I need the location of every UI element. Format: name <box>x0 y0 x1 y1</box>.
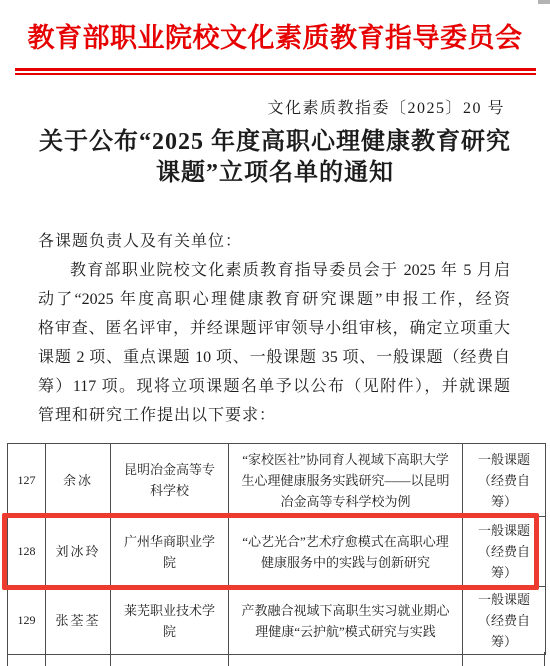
table-row-highlighted: 128 刘冰玲 广州华商职业学院 “心艺光合”艺术疗愈模式在高职心理健康服务中的… <box>8 517 546 587</box>
body-line: 课题 2 项、重点课题 10 项、一般课题 35 项、一般课题（经费自 <box>38 343 510 372</box>
row-number-cell: 129 <box>8 587 46 655</box>
project-cell: “家校医社”协同育人视域下高职大学生心理健康服务实践研究——以昆明冶金高等专科学… <box>229 444 463 517</box>
table-column-stub <box>228 652 229 666</box>
document-number: 文化素质教指委〔2025〕20 号 <box>267 95 505 118</box>
leader-cell: 余冰 <box>46 444 111 517</box>
institution-cell: 广州华商职业学院 <box>111 517 229 587</box>
notice-title-line-1: 关于公布“2025 年度高职心理健康教育研究 <box>0 127 550 158</box>
table-row: 129 张荃荃 莱芜职业技术学院 产教融合视域下高职生实习就业期心理健康“云护航… <box>8 587 546 655</box>
category-cell: 一般课题（经费自筹） <box>463 587 546 655</box>
salutation: 各课题负责人及有关单位： <box>38 227 510 256</box>
letterhead-org-title: 教育部职业院校文化素质教育指导委员会 <box>0 16 550 55</box>
category-cell: 一般课题（经费自筹） <box>463 517 546 587</box>
notice-title: 关于公布“2025 年度高职心理健康教育研究 课题”立项名单的通知 <box>0 127 550 189</box>
notice-body: 各课题负责人及有关单位： 教育部职业院校文化素质教育指导委员会于 2025 年 … <box>38 227 510 430</box>
leader-cell: 刘冰玲 <box>46 517 111 587</box>
row-number-cell: 128 <box>8 517 46 587</box>
institution-cell: 莱芜职业技术学院 <box>111 587 229 655</box>
table-row: 127 余冰 昆明冶金高等专科学校 “家校医社”协同育人视域下高职大学生心理健康… <box>8 444 546 517</box>
scrollbar-fragment <box>538 0 550 4</box>
institution-cell: 昆明冶金高等专科学校 <box>111 444 229 517</box>
project-cell: “心艺光合”艺术疗愈模式在高职心理健康服务中的实践与创新研究 <box>229 517 463 587</box>
table-column-stub <box>7 652 8 666</box>
body-line: 动了“2025 年度高职心理健康教育研究课题”申报工作，经资 <box>38 285 510 314</box>
body-line: 教育部职业院校文化素质教育指导委员会于 2025 年 5 月启 <box>38 256 510 285</box>
table-column-stub <box>45 652 46 666</box>
project-list-table: 127 余冰 昆明冶金高等专科学校 “家校医社”协同育人视域下高职大学生心理健康… <box>7 443 546 655</box>
body-line: 筹）117 项。现将立项课题名单予以公布（见附件），并就课题 <box>38 372 510 401</box>
body-line: 管理和研究工作提出以下要求： <box>38 401 510 430</box>
table-column-stub <box>462 652 463 666</box>
table-column-stub <box>110 652 111 666</box>
document-page: 教育部职业院校文化素质教育指导委员会 文化素质教指委〔2025〕20 号 关于公… <box>0 0 550 666</box>
project-cell: 产教融合视域下高职生实习就业期心理健康“云护航”模式研究与实践 <box>229 587 463 655</box>
table-column-stub <box>544 652 545 666</box>
letterhead-divider <box>15 68 536 75</box>
leader-cell: 张荃荃 <box>46 587 111 655</box>
notice-title-line-2: 课题”立项名单的通知 <box>0 158 550 189</box>
body-line: 格审查、匿名评审，并经课题评审领导小组审核，确定立项重大 <box>38 314 510 343</box>
row-number-cell: 127 <box>8 444 46 517</box>
category-cell: 一般课题（经费自筹） <box>463 444 546 517</box>
